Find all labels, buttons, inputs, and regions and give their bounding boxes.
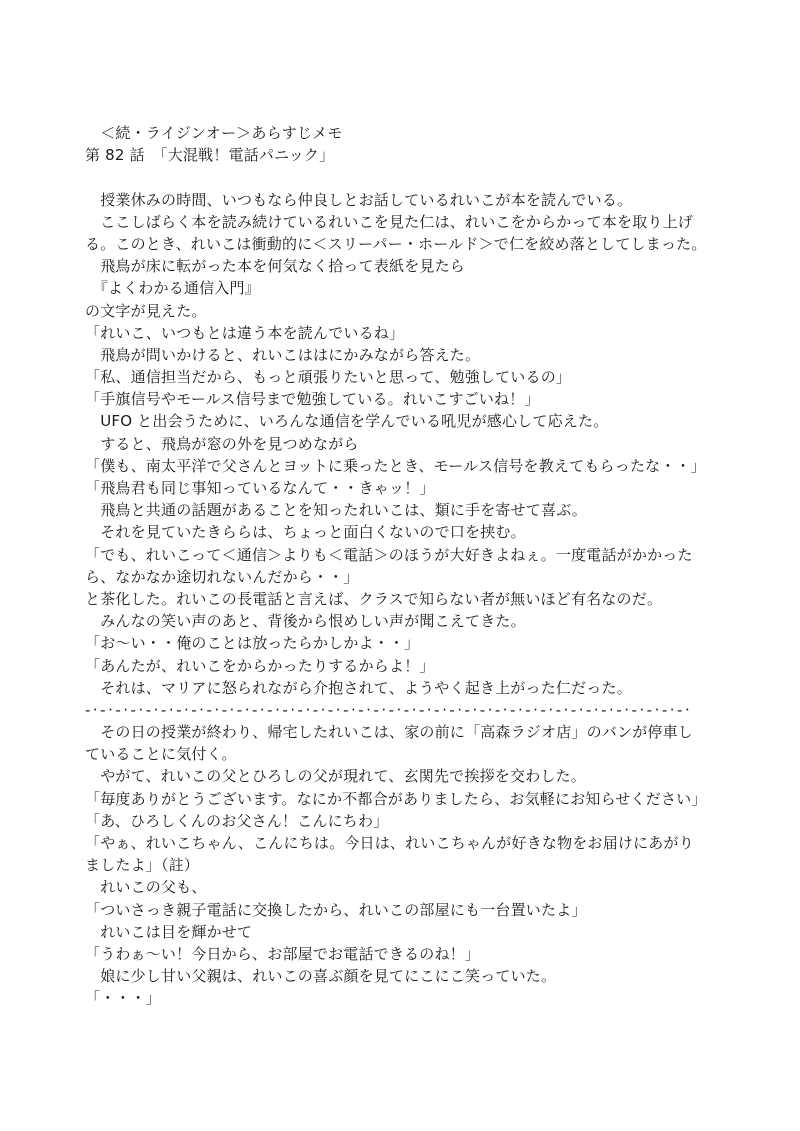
doc-series-title: ＜続・ライジンオー＞あらすじメモ	[85, 122, 745, 144]
text-line: の文字が見えた。	[85, 300, 745, 322]
text-line: それを見ていたきららは、ちょっと面白くないので口を挟む。	[85, 521, 745, 543]
text-line: 「・・・」	[85, 987, 745, 1009]
text-line: ていることに気付く。	[85, 743, 745, 765]
text-line: れいこの父も、	[85, 876, 745, 898]
text-line: 飛鳥が問いかけると、れいこははにかみながら答えた。	[85, 344, 745, 366]
text-line: 娘に少し甘い父親は、れいこの喜ぶ顔を見てにこにこ笑っていた。	[85, 965, 745, 987]
text-line: 飛鳥が床に転がった本を何気なく拾って表紙を見たら	[85, 255, 745, 277]
text-line: と茶化した。れいこの長電話と言えば、クラスで知らない者が無いほど有名なのだ。	[85, 588, 745, 610]
text-line: 「僕も、南太平洋で父さんとヨットに乗ったとき、モールス信号を教えてもらったな・・…	[85, 455, 745, 477]
text-line: 「あんたが、れいこをからかったりするからよ！」	[85, 655, 745, 677]
text-line: 「でも、れいこって＜通信＞よりも＜電話＞のほうが大好きよねぇ。一度電話がかかった	[85, 544, 745, 566]
text-line: 「私、通信担当だから、もっと頑張りたいと思って、勉強しているの」	[85, 366, 745, 388]
text-line: れいこは目を輝かせて	[85, 921, 745, 943]
text-line: 「毎度ありがとうございます。なにか不都合がありましたら、お気軽にお知らせください…	[85, 788, 745, 810]
text-line: 「お～い・・俺のことは放ったらかしかよ・・」	[85, 632, 745, 654]
text-line: 「あ、ひろしくんのお父さん！こんにちわ」	[85, 810, 745, 832]
text-line: 「やぁ、れいこちゃん、こんにちは。今日は、れいこちゃんが好きな物をお届けにあがり	[85, 832, 745, 854]
text-line: UFO と出会うために、いろんな通信を学んでいる吼児が感心して応えた。	[85, 410, 745, 432]
text-line: 「ついさっき親子電話に交換したから、れいこの部屋にも一台置いたよ」	[85, 899, 745, 921]
text-line: その日の授業が終わり、帰宅したれいこは、家の前に「高森ラジオ店」のバンが停車し	[85, 721, 745, 743]
text-line: ら、なかなか途切れないんだから・・」	[85, 566, 745, 588]
text-line: -·-·-·-·-·-·-·-·-·-·-·-·-·-·-·-·-·-·-·-·…	[85, 699, 745, 721]
text-line: ましたよ」（註）	[85, 854, 745, 876]
text-line: 飛鳥と共通の話題があることを知ったれいこは、類に手を寄せて喜ぶ。	[85, 499, 745, 521]
text-line: やがて、れいこの父とひろしの父が現れて、玄関先で挨拶を交わした。	[85, 765, 745, 787]
text-line: それは、マリアに怒られながら介抱されて、ようやく起き上がった仁だった。	[85, 677, 745, 699]
document-page: ＜続・ライジンオー＞あらすじメモ 第 82 話 「大混戦！電話パニック」 授業休…	[85, 122, 745, 1010]
doc-episode-title: 第 82 話 「大混戦！電話パニック」	[85, 144, 745, 166]
text-line: すると、飛鳥が窓の外を見つめながら	[85, 433, 745, 455]
text-line: みんなの笑い声のあと、背後から恨めしい声が聞こえてきた。	[85, 610, 745, 632]
text-line: 「手旗信号やモールス信号まで勉強している。れいこすごいね！」	[85, 388, 745, 410]
text-line: 『よくわかる通信入門』	[85, 277, 745, 299]
text-line: 「飛鳥君も同じ事知っているなんて・・きゃッ！」	[85, 477, 745, 499]
text-line: 「れいこ、いつもとは違う本を読んでいるね」	[85, 322, 745, 344]
text-line: る。このとき、れいこは衝動的に＜スリーパー・ホールド＞で仁を絞め落としてしまった…	[85, 233, 745, 255]
blank-line	[85, 166, 745, 188]
doc-body: 授業休みの時間、いつもなら仲良しとお話しているれいこが本を読んでいる。 ここしば…	[85, 189, 745, 1010]
text-line: ここしばらく本を読み続けているれいこを見た仁は、れいこをからかって本を取り上げ	[85, 211, 745, 233]
text-line: 授業休みの時間、いつもなら仲良しとお話しているれいこが本を読んでいる。	[85, 189, 745, 211]
text-line: 「うわぁ～い！今日から、お部屋でお電話できるのね！」	[85, 943, 745, 965]
